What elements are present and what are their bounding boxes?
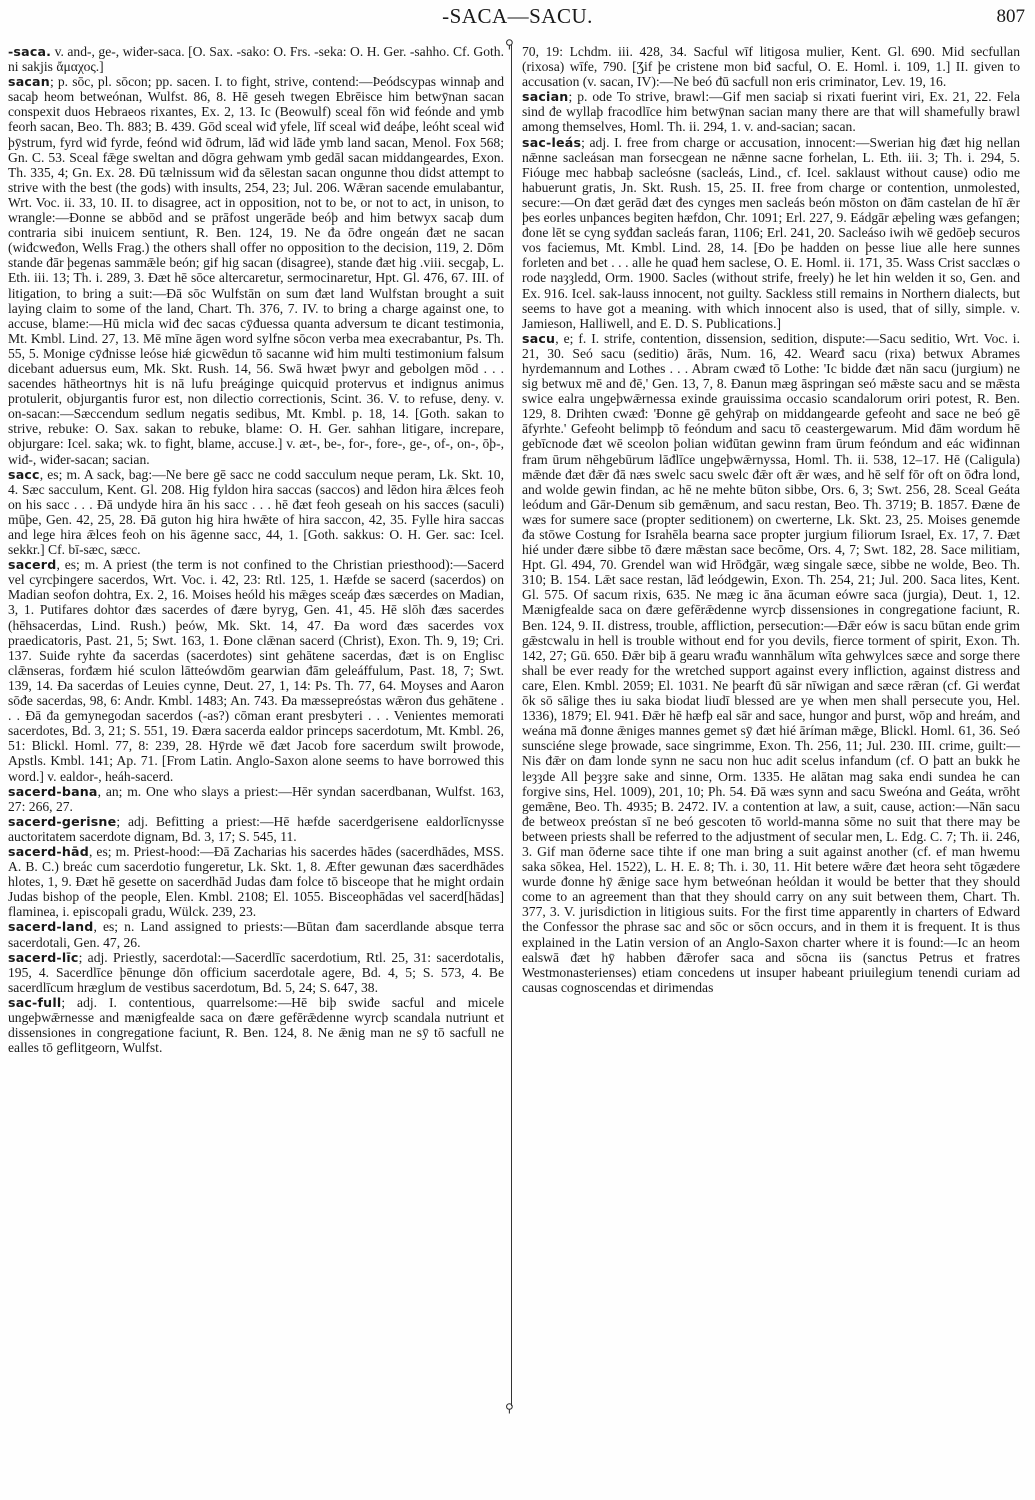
dictionary-entry-sacerd: sacerd, es; m. A priest (the term is not… bbox=[8, 557, 504, 783]
dictionary-entry-sacerd-lic: sacerd-līc; adj. Priestly, sacerdotal:—S… bbox=[8, 950, 504, 995]
headword: sacerd-līc bbox=[8, 950, 79, 965]
entry-body: 70, 19: Lchdm. iii. 428, 34. Sacful wīf … bbox=[522, 44, 1020, 89]
dictionary-entry-sacerd-bana: sacerd-bana, an; m. One who slays a prie… bbox=[8, 784, 504, 814]
dictionary-entry-sacu: sacu, e; f. I. strife, contention, disse… bbox=[522, 331, 1020, 995]
column-rule-ornament-bottom-icon: ⚲ bbox=[505, 1402, 514, 1414]
left-column: -saca. v. and-, ge-, wiđer-saca. [O. Sax… bbox=[8, 44, 504, 1055]
headword: sacan bbox=[8, 74, 50, 89]
headword: sacerd bbox=[8, 557, 56, 572]
entry-body: , es; m. A priest (the term is not confi… bbox=[8, 557, 504, 783]
headword: sacerd-hād bbox=[8, 844, 89, 859]
page-header: -SACA—SACU. 807 bbox=[0, 0, 1035, 36]
right-column: 70, 19: Lchdm. iii. 428, 34. Sacful wīf … bbox=[522, 44, 1020, 995]
entry-body: v. and-, ge-, wiđer-saca. [O. Sax. -sako… bbox=[8, 44, 504, 74]
dictionary-entry-sacc: sacc, es; m. A sack, bag:—Ne bere gē sac… bbox=[8, 467, 504, 558]
entry-body: ; adj. I. free from charge or accusation… bbox=[522, 135, 1020, 331]
entry-body: , es; m. A sack, bag:—Ne bere gē sacc ne… bbox=[8, 467, 504, 557]
running-head: -SACA—SACU. bbox=[0, 4, 1035, 29]
headword: sacerd-gerisne bbox=[8, 814, 116, 829]
column-rule-ornament-top-icon: ⚲ bbox=[505, 38, 514, 50]
dictionary-entry-sacan: sacan; p. sōc, pl. sōcon; pp. sacen. I. … bbox=[8, 74, 504, 466]
entry-body: ; adj. Priestly, sacerdotal:—Sacerdlīc s… bbox=[8, 950, 504, 995]
dictionary-entry-sac-full-continued: 70, 19: Lchdm. iii. 428, 34. Sacful wīf … bbox=[522, 44, 1020, 89]
headword: sacc bbox=[8, 467, 40, 482]
dictionary-entry-sacerd-land: sacerd-land, es; n. Land assigned to pri… bbox=[8, 919, 504, 949]
headword: sac-leás bbox=[522, 135, 581, 150]
page-number: 807 bbox=[997, 6, 1026, 28]
dictionary-entry-sacian: sacian; p. ode To strive, brawl:—Gif men… bbox=[522, 89, 1020, 134]
headword: -saca. bbox=[8, 44, 51, 59]
column-divider bbox=[511, 44, 512, 1406]
dictionary-entry-sac-leas: sac-leás; adj. I. free from charge or ac… bbox=[522, 135, 1020, 331]
dictionary-entry-saca: -saca. v. and-, ge-, wiđer-saca. [O. Sax… bbox=[8, 44, 504, 74]
dictionary-entry-sacerd-gerisne: sacerd-gerisne; adj. Befitting a priest:… bbox=[8, 814, 504, 844]
entry-body: ; p. ode To strive, brawl:—Gif men sacia… bbox=[522, 89, 1020, 134]
entry-body: ; adj. I. contentious, quarrelsome:—Hē b… bbox=[8, 995, 504, 1055]
entry-body: , e; f. I. strife, contention, dissensio… bbox=[522, 331, 1020, 995]
headword: sacian bbox=[522, 89, 568, 104]
dictionary-entry-sac-full: sac-full; adj. I. contentious, quarrelso… bbox=[8, 995, 504, 1055]
headword: sacu bbox=[522, 331, 555, 346]
headword: sac-full bbox=[8, 995, 61, 1010]
headword: sacerd-bana bbox=[8, 784, 98, 799]
headword: sacerd-land bbox=[8, 919, 93, 934]
entry-body: ; p. sōc, pl. sōcon; pp. sacen. I. to fi… bbox=[8, 74, 504, 466]
dictionary-entry-sacerd-had: sacerd-hād, es; m. Priest-hood:—Đā Zacha… bbox=[8, 844, 504, 919]
